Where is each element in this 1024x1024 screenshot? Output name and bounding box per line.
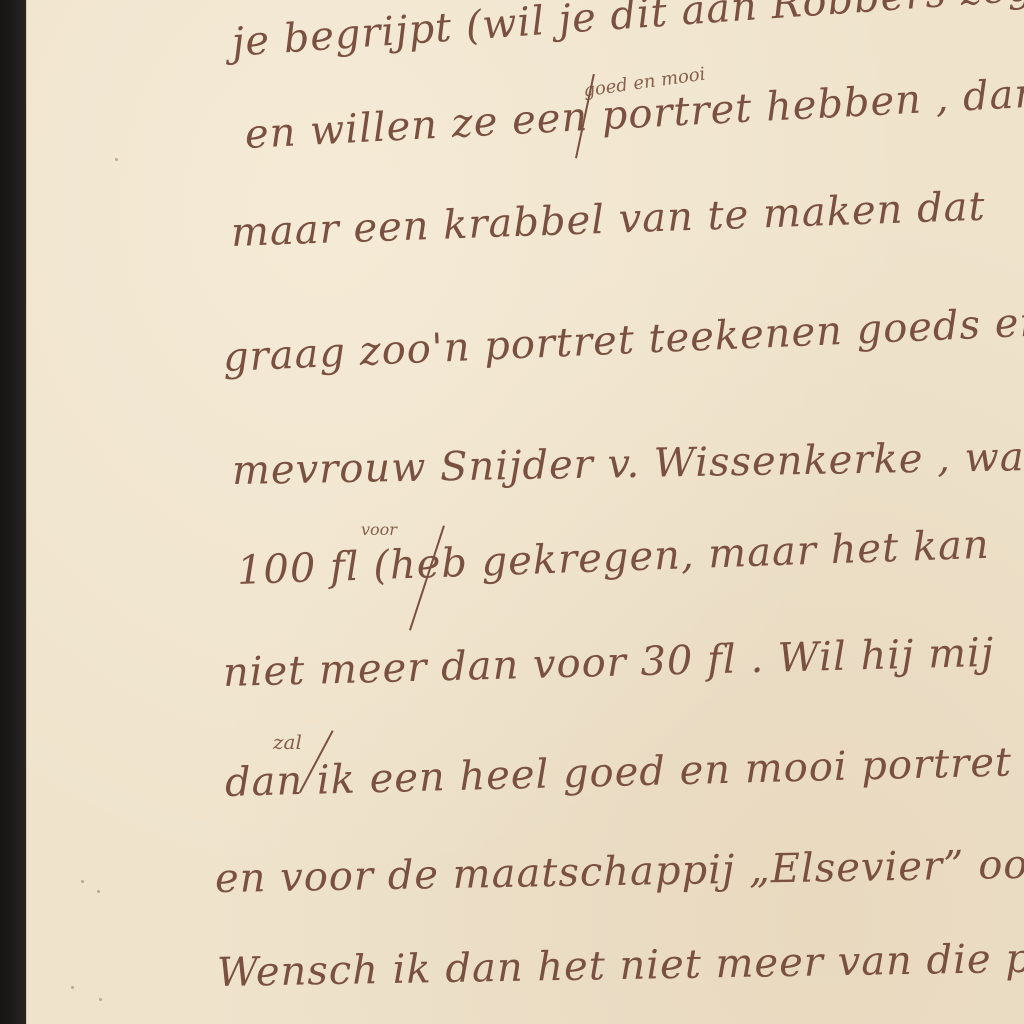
insertion-voor: voor [361, 520, 397, 539]
insertion-zal: zal [273, 730, 302, 754]
letter-line-6: 100 fl (heb gekregen, maar het kan [236, 522, 990, 594]
paper-speck [71, 986, 74, 989]
letter-line-3: maar een krabbel van te maken dat [230, 184, 986, 256]
paper-speck [99, 998, 102, 1001]
letter-line-4: graag zoo'n portret teekenen goeds en [222, 299, 1024, 381]
paper-speck [81, 880, 84, 883]
letter-line-7: niet meer dan voor 30 fl . Wil hij mij [222, 630, 994, 696]
paper-speck [115, 158, 118, 161]
letter-line-1: je begrijpt (wil je dit aan Robbers zegg… [230, 0, 1024, 66]
letter-line-5: mevrouw Snijder v. Wissenkerke , waar ik [232, 432, 1024, 494]
binding-edge [0, 0, 27, 1024]
paper-speck [97, 890, 100, 893]
letter-line-8: dan ik een heel goed en mooi portret van… [224, 736, 1024, 806]
letter-line-9: en voor de maatschappij „Elsevier” ook i… [215, 840, 1024, 902]
document-scan: goed en mooi voor zal je begrijpt (wil j… [0, 0, 1024, 1024]
letter-page: goed en mooi voor zal je begrijpt (wil j… [26, 0, 1024, 1024]
letter-line-10: Wensch ik dan het niet meer van die prij [217, 935, 1024, 996]
